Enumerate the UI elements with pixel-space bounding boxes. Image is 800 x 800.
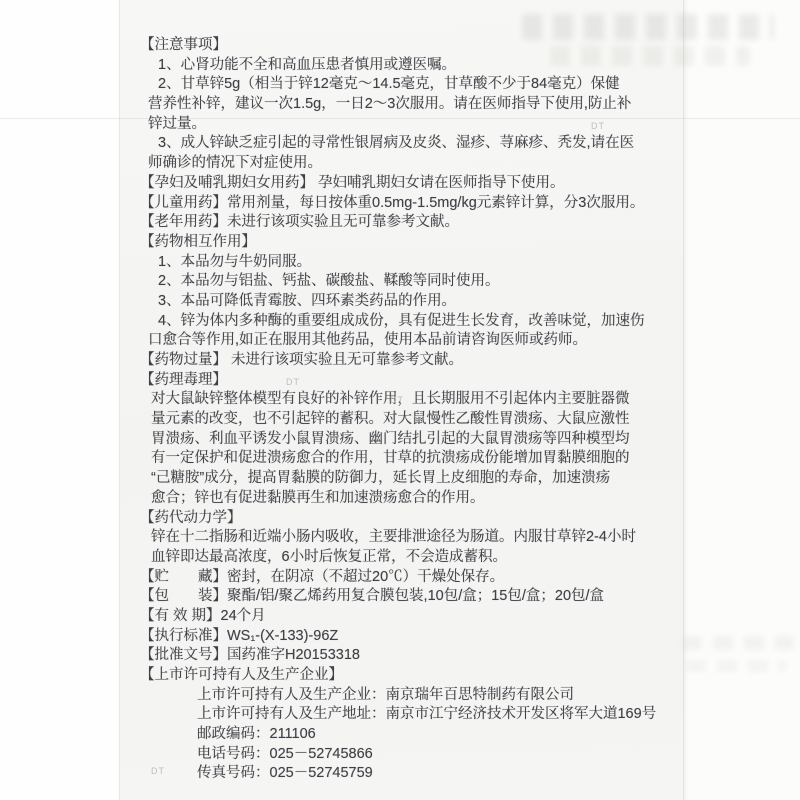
doc-line: 上市许可持有人及生产地址：南京市江宁经济技术开发区将军大道169号 bbox=[197, 705, 680, 725]
doc-line: 口愈合等作用,如正在服用其他药品，使用本品前请咨询医师或药师。 bbox=[148, 331, 680, 351]
doc-line: 【药代动力学】 bbox=[140, 509, 680, 529]
doc-line: 【贮 藏】密封，在阴凉（不超过20℃）干燥处保存。 bbox=[140, 568, 680, 588]
doc-line: 【孕妇及哺乳期妇女用药】 孕妇哺乳期妇女请在医师指导下使用。 bbox=[140, 174, 680, 194]
dt-watermark: DT bbox=[286, 377, 300, 387]
bleedthrough-artifact bbox=[682, 636, 794, 650]
doc-line: 【注意事项】 bbox=[140, 36, 680, 56]
doc-line: 【药理毒理】 bbox=[140, 371, 680, 391]
doc-line: “己糖胺”成分，提高胃黏膜的防御力，延长胃上皮细胞的寿命，加速溃疡 bbox=[151, 469, 680, 489]
doc-line: 【上市许可持有人及生产企业】 bbox=[140, 666, 680, 686]
doc-line: 血锌即达最高浓度，6小时后恢复正常，不会造成蓄积。 bbox=[151, 548, 680, 568]
doc-line: 2、甘草锌5g（相当于锌12毫克～14.5毫克，甘草酸不少于84毫克）保健 bbox=[158, 75, 680, 95]
doc-line: 【药物相互作用】 bbox=[140, 233, 680, 253]
doc-line: 【药物过量】 未进行该项实验且无可靠参考文献。 bbox=[140, 351, 680, 371]
doc-line: 师确诊的情况下对症使用。 bbox=[148, 154, 680, 174]
dt-watermark: DT bbox=[151, 766, 165, 776]
doc-line: 【执行标准】WS₁-(X-133)-96Z bbox=[140, 627, 680, 647]
dt-watermark: DT bbox=[390, 395, 404, 405]
doc-line: 1、本品勿与牛奶同服。 bbox=[158, 253, 680, 273]
doc-line: 邮政编码：211106 bbox=[197, 725, 680, 745]
doc-line: 【老年用药】未进行该项实验且无可靠参考文献。 bbox=[140, 213, 680, 233]
doc-line: 营养性补锌，建议一次1.5g，一日2～3次服用。请在医师指导下使用,防止补 bbox=[148, 95, 680, 115]
leaflet-text-column: 【注意事项】1、心肾功能不全和高血压患者慎用或遵医嘱。2、甘草锌5g（相当于锌1… bbox=[140, 36, 680, 784]
doc-line: 3、成人锌缺乏症引起的寻常性银屑病及皮炎、湿疹、荨麻疹、秃发,请在医 bbox=[158, 134, 680, 154]
bleedthrough-artifact bbox=[686, 660, 786, 672]
doc-line: 【包 装】聚酯/铝/聚乙烯药用复合膜包装,10包/盒；15包/盒；20包/盒 bbox=[140, 587, 680, 607]
doc-line: 胃溃疡、利血平诱发小鼠胃溃疡、幽门结扎引起的大鼠胃溃疡等四种模型均 bbox=[151, 430, 680, 450]
doc-line: 电话号码：025－52745866 bbox=[197, 745, 680, 765]
doc-line: 3、本品可降低青霉胺、四环素类药品的作用。 bbox=[158, 292, 680, 312]
doc-line: 愈合；锌也有促进黏膜再生和加速溃疡愈合的作用。 bbox=[151, 489, 680, 509]
doc-line: 上市许可持有人及生产企业：南京瑞年百思特制药有限公司 bbox=[197, 686, 680, 706]
doc-line: 1、心肾功能不全和高血压患者慎用或遵医嘱。 bbox=[158, 56, 680, 76]
doc-line: 【儿童用药】常用剂量，每日按体重0.5mg-1.5mg/kg元素锌计算，分3次服… bbox=[140, 194, 680, 214]
doc-line: 量元素的改变，也不引起锌的蓄积。对大鼠慢性乙酸性胃溃疡、大鼠应激性 bbox=[151, 410, 680, 430]
scan-background: 【注意事项】1、心肾功能不全和高血压患者慎用或遵医嘱。2、甘草锌5g（相当于锌1… bbox=[0, 0, 800, 800]
doc-line: 传真号码：025－52745759 bbox=[197, 764, 680, 784]
doc-line: 【有 效 期】24个月 bbox=[140, 607, 680, 627]
doc-line: 4、锌为体内多种酶的重要组成成份，具有促进生长发育，改善味觉，加速伤 bbox=[158, 312, 680, 332]
doc-line: 锌在十二指肠和近端小肠内吸收，主要排泄途径为肠道。内服甘草锌2-4小时 bbox=[151, 528, 680, 548]
dt-watermark: DT bbox=[591, 121, 605, 131]
doc-line: 有一定保护和促进溃疡愈合的作用，甘草的抗溃疡成份能增加胃黏膜细胞的 bbox=[151, 449, 680, 469]
doc-line: 2、本品勿与铝盐、钙盐、碳酸盐、鞣酸等同时使用。 bbox=[158, 272, 680, 292]
doc-line: 对大鼠缺锌整体模型有良好的补锌作用，且长期服用不引起体内主要脏器微 bbox=[151, 390, 680, 410]
doc-line: 【批准文号】国药准字H20153318 bbox=[140, 646, 680, 666]
